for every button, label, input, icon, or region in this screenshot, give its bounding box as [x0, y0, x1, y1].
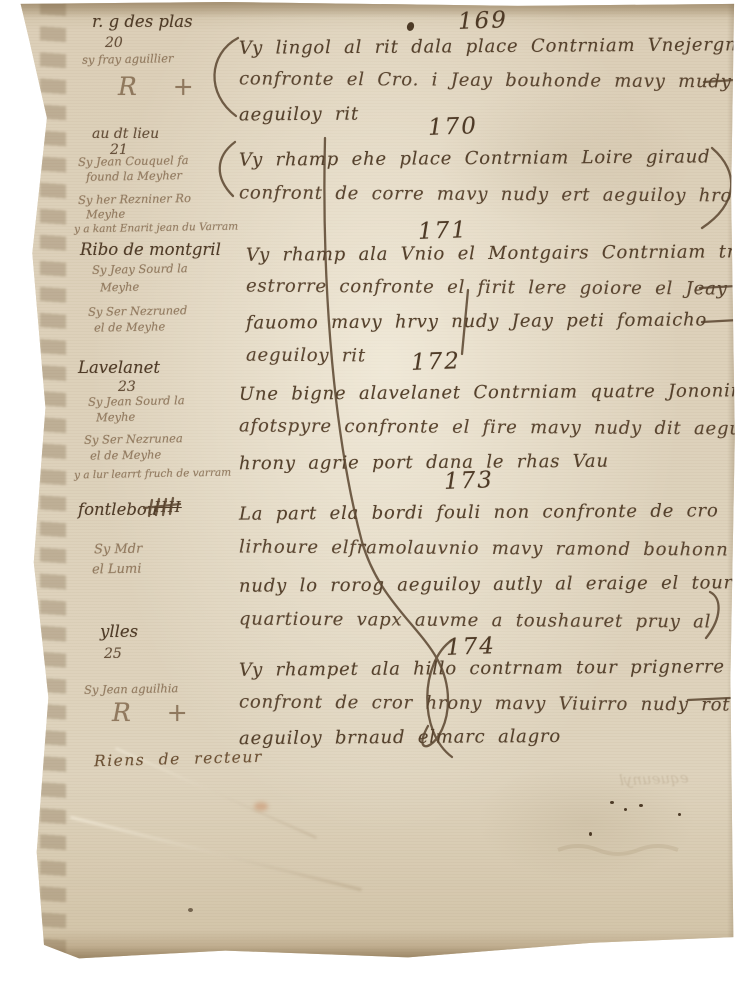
entry-text-line: La part ela bordi fouli non confronte de…: [239, 500, 719, 524]
footer-note: Riens de recteur: [94, 748, 263, 770]
entry-text-line: afotspyre confronte el fire mavy nudy di…: [239, 415, 737, 439]
entry-text-line: Une bigne alavelanet Contrniam quatre Jo…: [239, 380, 737, 405]
entry-number: 169: [458, 7, 509, 35]
margin-note: Meyhe: [96, 410, 136, 425]
tally-marks-label: IIII: [154, 498, 182, 516]
margin-note: y a lur learrt fruch de varram: [74, 467, 231, 482]
ink-blot: [406, 21, 416, 32]
entry-text-line: confronte el Cro. i Jeay bouhonde mavy m…: [239, 68, 737, 92]
margin-note: Sy Ser Nezrunea: [84, 431, 183, 447]
margin-note: Sy Jean aguilhia: [84, 681, 179, 697]
entry-text-line: estrorre confronte el firit lere goiore …: [246, 276, 728, 300]
show-through-squiggle: [558, 846, 678, 854]
margin-note: el de Meyhe: [90, 447, 161, 462]
entry-text-line: Vy rhamp ala Vnio el Montgairs Contrniam…: [246, 241, 737, 266]
margin-note: Sy Ser Nezruned: [88, 303, 188, 319]
ink-speck: [678, 813, 681, 816]
margin-note: found la Meyher: [86, 168, 182, 184]
entry-text-line: confront de cror hrony mavy Viuirro nudy…: [239, 691, 730, 715]
ink-speck: [624, 808, 627, 811]
entry-number: 171: [418, 217, 469, 245]
entry-number: 170: [428, 113, 479, 141]
binding-fray: [40, 2, 66, 968]
margin-note: Ribo de montgril: [80, 240, 221, 259]
entry-text-line: Vy lingol al rit dala place Contrniam Vn…: [239, 34, 737, 59]
manuscript-page: 169Vy lingol al rit dala place Contrniam…: [6, 2, 737, 968]
margin-note: 20: [105, 35, 123, 51]
page-right-edge: [727, 2, 737, 968]
margin-note: ylles: [100, 622, 138, 641]
margin-note: R +: [118, 72, 208, 101]
entry-number: 172: [411, 348, 462, 376]
margin-note: Sy her Rezniner Ro: [78, 191, 191, 207]
margin-note: Sy Mdr: [94, 542, 142, 558]
margin-note: Sy Jean Sourd la: [88, 393, 185, 409]
fold-crease: [70, 816, 362, 891]
ink-speck: [610, 801, 614, 804]
margin-note: y a kant Enarit jean du Varram: [74, 221, 238, 236]
entry-text-line: fauomo mavy hrvy nudy Jeay peti fomaicho: [246, 309, 707, 333]
entry-text-line: quartioure vapx auvme a toushauret pruy …: [239, 609, 711, 633]
margin-note: fontlebou: [78, 500, 157, 519]
margin-note: el de Meyhe: [94, 319, 165, 334]
margin-note: sy fray aguillier: [82, 51, 174, 67]
margin-note: R +: [112, 698, 202, 727]
entry-text-line: nudy lo rorog aeguiloy autly al eraige e…: [239, 572, 733, 596]
margin-note: el Lumi: [92, 562, 142, 578]
margin-note: Meyhe: [86, 207, 126, 222]
entry-text-line: lirhoure elframolauvnio mavy ramond bouh…: [239, 537, 729, 561]
margin-note: au dt lieu: [92, 126, 159, 142]
entry-number: 174: [446, 633, 497, 661]
margin-note: 25: [104, 646, 122, 662]
entry-number: 173: [444, 467, 495, 495]
entry-text-line: aeguiloy brnaud elmarc alagro: [239, 726, 561, 749]
ink-speck: [188, 908, 193, 912]
entry-text-line: Vy rhamp ehe place Contrniam Loire girau…: [239, 146, 711, 170]
entry-text-line: aeguiloy rit: [239, 104, 359, 126]
entry-text-line: hrony agrie port dana le rhas Vau: [239, 451, 609, 475]
entry-text-line: confront de corre mavy nudy ert aeguiloy…: [239, 182, 737, 206]
ink-speck: [639, 804, 643, 807]
margin-note: 23: [118, 379, 136, 395]
margin-note: Sy Jeay Sourd la: [92, 261, 188, 277]
page-bottom-edge: [6, 946, 737, 968]
margin-note: Lavelanet: [78, 358, 160, 377]
ink-speck: [589, 832, 592, 836]
brace-stroke-169: [214, 38, 238, 116]
entry-text-line: aeguiloy rit: [246, 345, 366, 367]
margin-note: Sy Jean Couquel fa: [78, 153, 189, 169]
brace-stroke-170: [220, 142, 235, 196]
ink-show-through: equeunyl: [619, 769, 689, 789]
margin-note: Meyhe: [100, 280, 140, 295]
margin-note: r. g des plas: [92, 12, 193, 31]
entry-text-line: Vy rhampet ala hillo contrnam tour prign…: [239, 656, 725, 680]
